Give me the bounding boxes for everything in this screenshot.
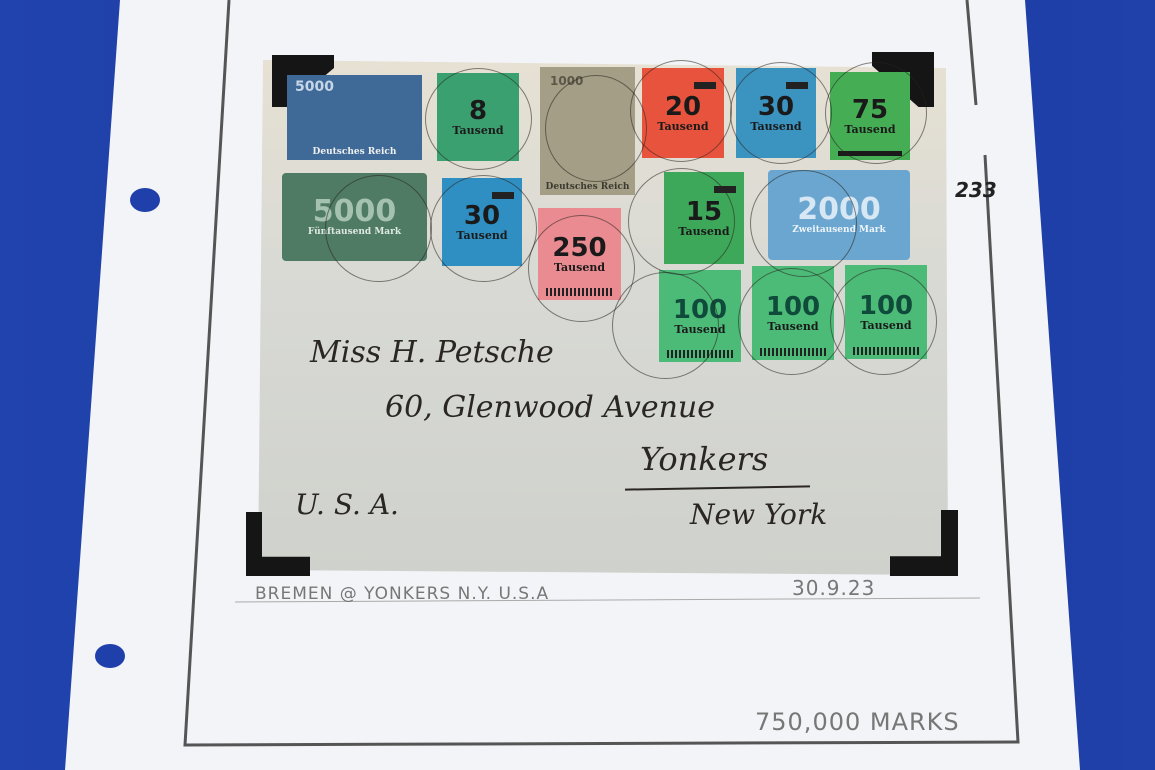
address-state: New York xyxy=(690,498,827,531)
stamp-5000-mark-numeral: 5000 Fünftausend Mark xyxy=(282,173,427,261)
address-street: 60, Glenwood Avenue xyxy=(385,390,715,425)
stamp-5000-mark-wartburg: 5000 Deutsches Reich xyxy=(287,75,422,160)
page-number: 233 xyxy=(955,178,997,202)
stamp-100-tausend-1: 100 Tausend xyxy=(659,270,741,362)
album-page: 233 5000 Deutsches Reich 8 Tausend 1000 … xyxy=(0,0,1155,770)
caption-date: 30.9.23 xyxy=(792,576,875,600)
stamp-20-tausend: 20 Tausend xyxy=(642,68,724,158)
caption-route: BREMEN @ YONKERS N.Y. U.S.A xyxy=(255,584,549,604)
stamp-75-tausend: 75 Tausend xyxy=(830,72,910,160)
address-country: U. S. A. xyxy=(295,488,399,521)
stamp-250-tausend: 250 Tausend xyxy=(538,208,621,300)
address-recipient: Miss H. Petsche xyxy=(310,335,554,370)
stamp-15-tausend: 15 Tausend xyxy=(664,172,744,264)
stamp-2000-mark-numeral: 2000 Zweitausend Mark xyxy=(768,170,910,260)
stamp-30-tausend-top: 30 Tausend xyxy=(736,68,816,158)
caption-value: 750,000 MARKS xyxy=(755,708,960,736)
stamp-30-tausend-lower: 30 Tausend xyxy=(442,178,522,266)
address-city: Yonkers xyxy=(640,440,768,478)
stamp-8-tausend: 8 Tausend xyxy=(437,73,519,161)
stamp-1000-cathedral: 1000 Deutsches Reich xyxy=(540,67,635,195)
stamp-100-tausend-2: 100 Tausend xyxy=(752,266,834,360)
stamp-100-tausend-3: 100 Tausend xyxy=(845,265,927,359)
